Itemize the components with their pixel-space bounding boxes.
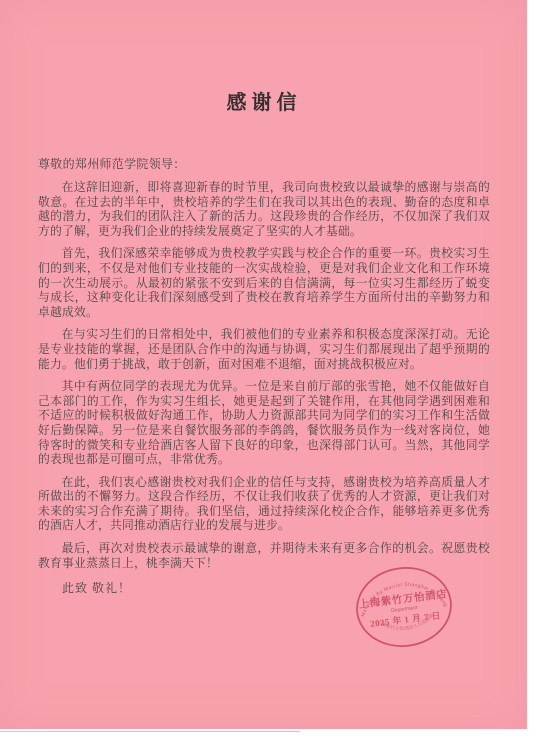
- letter-content: 感谢信 尊敬的郑州师范学院领导： 在这辞旧迎新，即将喜迎新春的时节里，我司向贵校…: [38, 86, 490, 596]
- hotel-department-stamp: Managed By Marriot Shanghai Minhang 上海紫竹…: [348, 558, 460, 656]
- paragraph: 在这辞旧迎新，即将喜迎新春的时节里，我司向贵校致以最诚挚的感谢与崇高的敬意。在过…: [38, 180, 490, 238]
- paragraph: 在此，我们衷心感谢贵校对我们企业的信任与支持，感谢贵校为培养高质量人才所做出的不…: [38, 475, 490, 533]
- salutation: 尊敬的郑州师范学院领导：: [38, 155, 490, 172]
- scan-background: 感谢信 尊敬的郑州师范学院领导： 在这辞旧迎新，即将喜迎新春的时节里，我司向贵校…: [0, 0, 534, 741]
- paragraph: 其中有两位同学的表现尤为优异。一位是来自前厅部的张雪艳，她不仅能做好自己本部门的…: [38, 379, 490, 467]
- letter-paper: 感谢信 尊敬的郑州师范学院领导： 在这辞旧迎新，即将喜迎新春的时节里，我司向贵校…: [0, 0, 527, 729]
- paragraph: 在与实习生们的日常相处中，我们被他们的专业素养和积极态度深深打动。无论是专业技能…: [38, 327, 490, 371]
- scan-edge-artifact: [0, 731, 300, 732]
- letter-title: 感谢信: [38, 86, 490, 115]
- paragraph: 首先，我们深感荣幸能够成为贵校教学实践与校企合作的重要一环。贵校实习生们的到来，…: [38, 246, 490, 319]
